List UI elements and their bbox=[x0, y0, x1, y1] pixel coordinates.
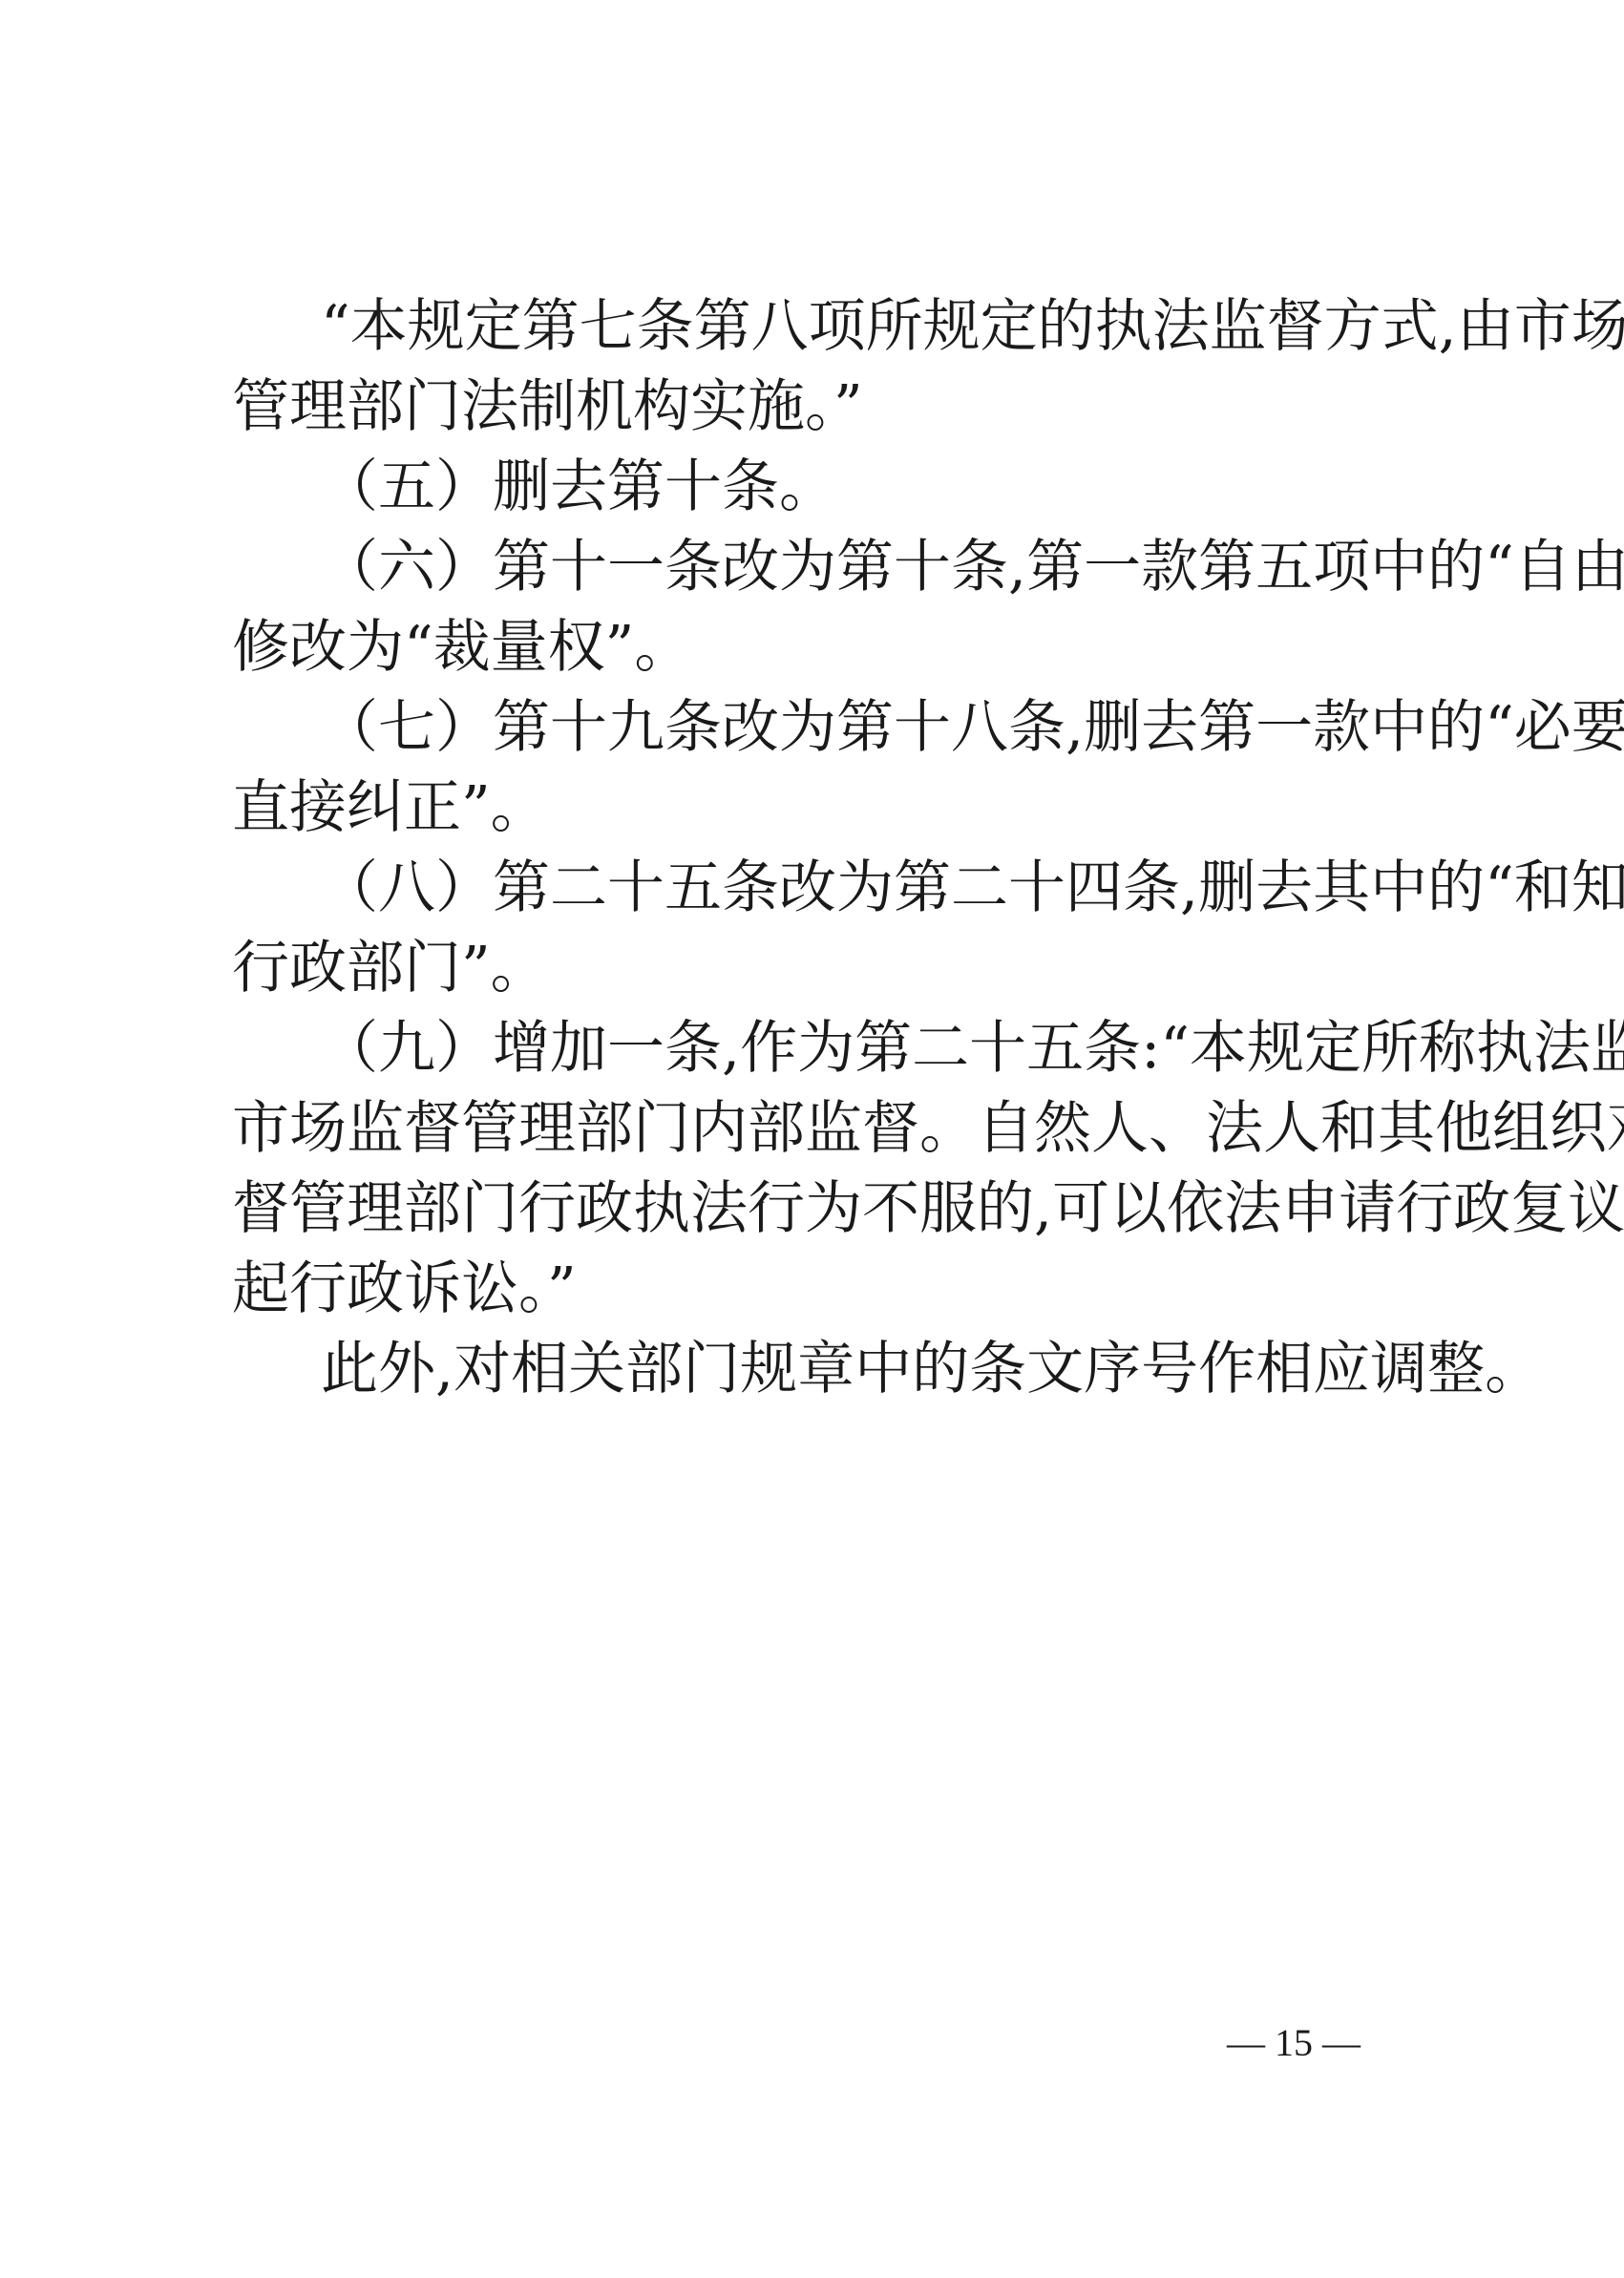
paragraph-6: （九）增加一条,作为第二十五条:“本规定所称执法监督属于 市场监督管理部门内部监… bbox=[232, 1008, 1420, 1329]
paragraph-1: “本规定第七条第八项所规定的执法监督方式,由市场监督 管理部门法制机构实施。” bbox=[232, 286, 1420, 447]
text-line: （七）第十九条改为第十八条,删去第一款中的“必要时可以 bbox=[232, 687, 1420, 768]
text-line: 修改为“裁量权”。 bbox=[232, 607, 1420, 687]
text-line: （五）删去第十条。 bbox=[232, 447, 1420, 527]
text-line: 起行政诉讼。” bbox=[232, 1249, 1420, 1329]
paragraph-7: 此外,对相关部门规章中的条文序号作相应调整。 bbox=[232, 1329, 1420, 1409]
paragraph-3: （六）第十一条改为第十条,第一款第五项中的“自由裁量权” 修改为“裁量权”。 bbox=[232, 527, 1420, 687]
text-line: （九）增加一条,作为第二十五条:“本规定所称执法监督属于 bbox=[232, 1008, 1420, 1088]
paragraph-5: （八）第二十五条改为第二十四条,删去其中的“和知识产权 行政部门”。 bbox=[232, 848, 1420, 1008]
page-number: — 15 — bbox=[1217, 2014, 1370, 2072]
text-line: 市场监督管理部门内部监督。自然人、法人和其他组织对市场监 bbox=[232, 1088, 1420, 1169]
text-line: 此外,对相关部门规章中的条文序号作相应调整。 bbox=[232, 1329, 1420, 1409]
text-line: 行政部门”。 bbox=[232, 928, 1420, 1008]
text-line: （八）第二十五条改为第二十四条,删去其中的“和知识产权 bbox=[232, 848, 1420, 928]
text-line: （六）第十一条改为第十条,第一款第五项中的“自由裁量权” bbox=[232, 527, 1420, 607]
paragraph-4: （七）第十九条改为第十八条,删去第一款中的“必要时可以 直接纠正”。 bbox=[232, 687, 1420, 848]
text-line: 直接纠正”。 bbox=[232, 768, 1420, 848]
document-body: “本规定第七条第八项所规定的执法监督方式,由市场监督 管理部门法制机构实施。” … bbox=[232, 286, 1420, 1409]
paragraph-2: （五）删去第十条。 bbox=[232, 447, 1420, 527]
text-line: 管理部门法制机构实施。” bbox=[232, 367, 1420, 447]
text-line: “本规定第七条第八项所规定的执法监督方式,由市场监督 bbox=[232, 286, 1420, 367]
text-line: 督管理部门行政执法行为不服的,可以依法申请行政复议或者提 bbox=[232, 1169, 1420, 1249]
